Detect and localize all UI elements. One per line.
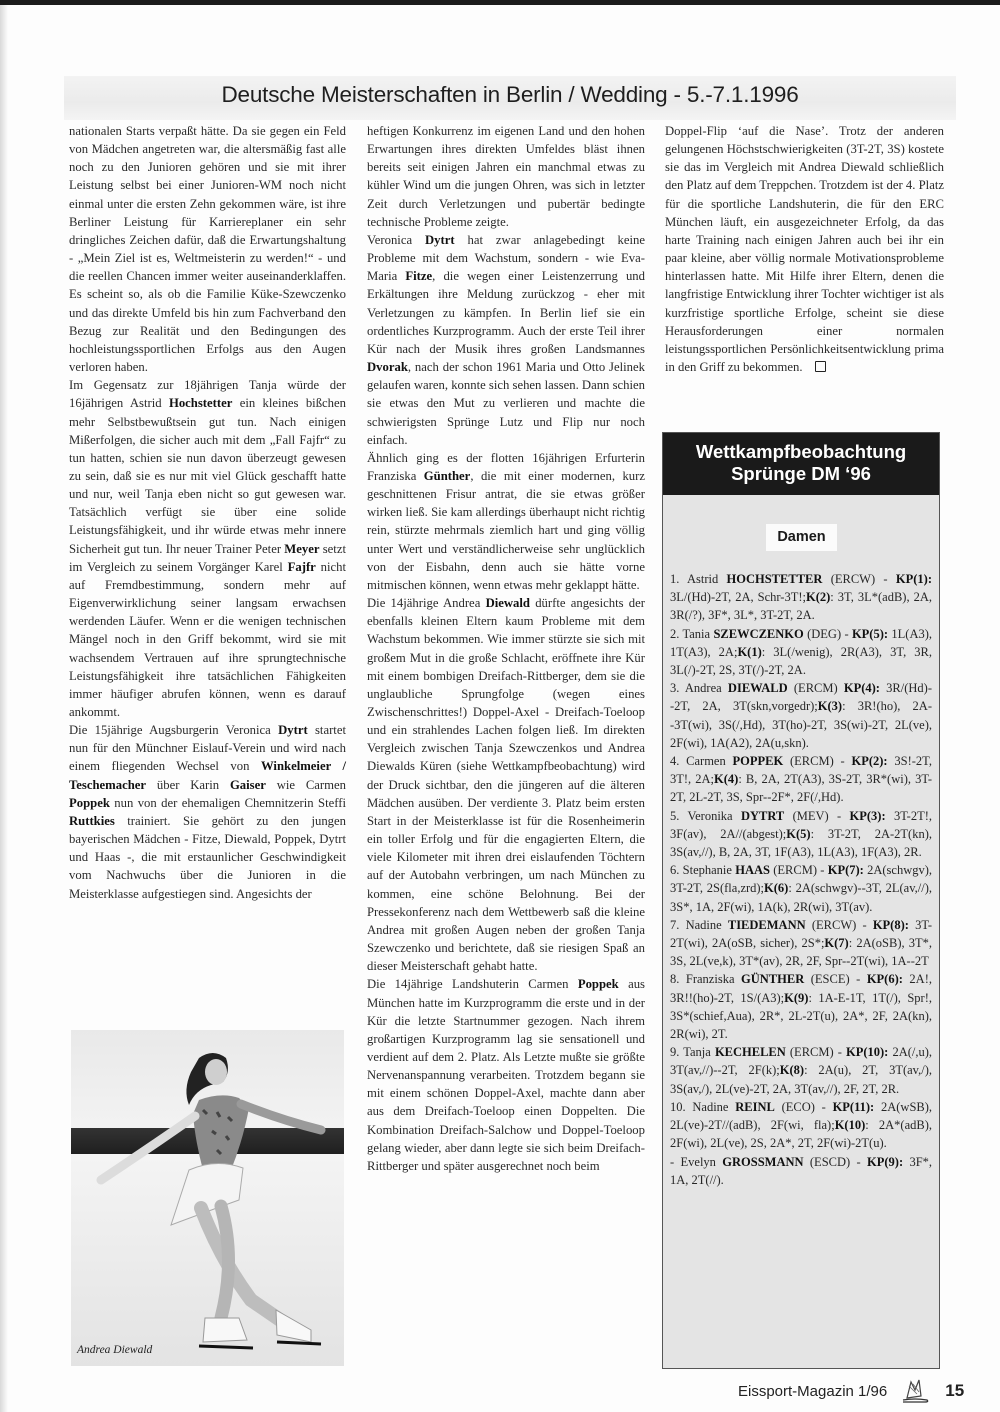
page-title: Deutsche Meisterschaften in Berlin / Wed… [64, 82, 956, 108]
box-header: Wettkampfbeobachtung Sprünge DM ‘96 [663, 433, 939, 495]
scan-left-shadow [0, 5, 8, 1412]
result-entry: 8. Franziska GÜNTHER (ESCE) - KP(6): 2A!… [670, 970, 932, 1043]
competition-observation-box: Wettkampfbeobachtung Sprünge DM ‘96 Dame… [662, 432, 940, 1369]
result-entry: 6. Stephanie HAAS (ERCM) - KP(7): 2A(sch… [670, 861, 932, 916]
athlete-name: Dytrt [425, 233, 455, 247]
skater-photo: Andrea Diewald [71, 1030, 344, 1366]
box-title: Wettkampfbeobachtung [663, 441, 939, 463]
result-entry: 1. Astrid HOCHSTETTER (ERCW) - KP(1): 3L… [670, 570, 932, 625]
athlete-name: Günther [424, 469, 471, 483]
result-entry: 9. Tanja KECHELEN (ERCM) - KP(10): 2A(/,… [670, 1043, 932, 1098]
composer-name: Dvorak [367, 360, 408, 374]
article-column-1: nationalen Starts verpaßt hätte. Da sie … [69, 122, 346, 903]
athlete-name: Fitze [405, 269, 432, 283]
paragraph: Die 14jährige Andrea Diewald dürfte ange… [367, 594, 645, 975]
article-column-3: Doppel-Flip ‘auf die Nase’. Trotz der an… [665, 122, 944, 376]
paragraph: Ähnlich ging es der flotten 16jährigen E… [367, 449, 645, 594]
result-entry: 3. Andrea DIEWALD (ERCM) KP(4): 3R/(Hd)-… [670, 679, 932, 752]
athlete-name: Poppek [69, 796, 110, 810]
end-of-article-square-icon [815, 361, 826, 372]
scan-top-edge [0, 0, 1000, 5]
athlete-name: Hochstetter [169, 396, 232, 410]
article-column-2: heftigen Konkurrenz im eigenen Land und … [367, 122, 645, 1175]
page-header: Deutsche Meisterschaften in Berlin / Wed… [64, 76, 956, 120]
paragraph: Die 14jährige Landshuterin Carmen Poppek… [367, 975, 645, 1175]
coach-name: Ruttkies [69, 814, 115, 828]
coach-name: Meyer [284, 542, 319, 556]
result-entry: 10. Nadine REINL (ECO) - KP(11): 2A(wSB)… [670, 1098, 932, 1153]
magazine-issue: Eissport-Magazin 1/96 [738, 1383, 887, 1400]
paragraph: Die 15jährige Augsburgerin Veronica Dytr… [69, 721, 346, 903]
photo-caption: Andrea Diewald [77, 1344, 152, 1356]
results-list: 1. Astrid HOCHSTETTER (ERCW) - KP(1): 3L… [670, 570, 932, 1189]
page-number: 15 [945, 1381, 964, 1401]
coach-name: Gaiser [230, 778, 266, 792]
paragraph: nationalen Starts verpaßt hätte. Da sie … [69, 122, 346, 376]
skater-logo-icon [897, 1378, 931, 1404]
paragraph: Im Gegensatz zur 18jährigen Tanja würde … [69, 376, 346, 721]
paragraph: Doppel-Flip ‘auf die Nase’. Trotz der an… [665, 122, 944, 376]
box-subtitle: Sprünge DM ‘96 [663, 463, 939, 485]
paragraph: Veronica Dytrt hat zwar anlagebedingt ke… [367, 231, 645, 449]
result-entry: 5. Veronika DYTRT (MEV) - KP(3): 3T-2T!,… [670, 807, 932, 862]
result-entry: 2. Tania SZEWCZENKO (DEG) - KP(5): 1L(A3… [670, 625, 932, 680]
paragraph: heftigen Konkurrenz im eigenen Land und … [367, 122, 645, 231]
result-entry: - Evelyn GROSSMANN (ESCD) - KP(9): 3F*, … [670, 1153, 932, 1189]
category-label: Damen [766, 524, 837, 551]
coach-name: Fajfr [288, 560, 316, 574]
figure-skater-icon [71, 1030, 344, 1366]
result-entry: 4. Carmen POPPEK (ERCM) - KP(2): 3S!-2T,… [670, 752, 932, 807]
athlete-name: Poppek [578, 977, 619, 991]
athlete-name: Diewald [486, 596, 530, 610]
result-entry: 7. Nadine TIEDEMANN (ERCW) - KP(8): 3T-2… [670, 916, 932, 971]
athlete-name: Dytrt [278, 723, 308, 737]
page-footer: Eissport-Magazin 1/96 15 [738, 1379, 964, 1403]
